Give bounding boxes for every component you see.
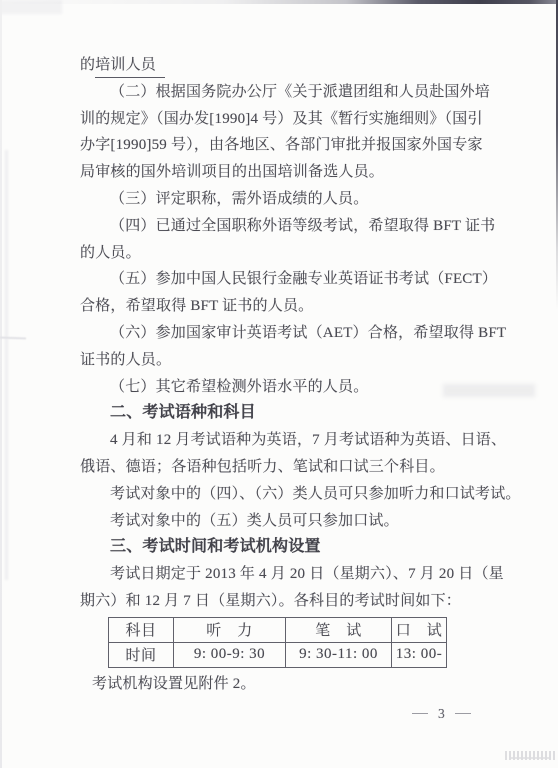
table-cell: 9: 00-9: 30 [174,642,286,667]
text-line: （六）参加国家审计英语考试（AET）合格，希望取得 BFT [80,320,534,347]
underlined-text: 培训人员 [95,53,165,78]
exam-schedule-table: 科目 听 力 笔 试 口 试 时间 9: 00-9: 30 9: 30-11: … [108,617,447,668]
table-header-row: 科目 听 力 笔 试 口 试 [109,617,447,642]
text-line: 期六）和 12 月 7 日（星期六）。各科目的考试时间如下： [80,588,534,615]
text-line: 局审核的国外培训项目的出国培训备选人员。 [80,159,534,186]
text-fragment: 的 [80,57,95,73]
text-line: 考试机构设置见附件 2。 [80,671,534,698]
text-line: 考试对象中的（四）、（六）类人员可只参加听力和口试考试。 [80,481,534,508]
text-line: 俄语、德语；各语种包括听力、笔试和口试三个科目。 [80,454,534,481]
text-line: （四）已通过全国职称外语等级考试，希望取得 BFT 证书 [80,213,534,240]
text-line: 考试对象中的（五）类人员可只参加口试。 [80,508,534,535]
text-line: 训的规定》（国办发[1990]4 号）及其《暂行实施细则》（国引 [80,106,534,133]
document-content: 的培训人员 （二）根据国务院办公厅《关于派遣团组和人员赴国外培训的规定》（国办发… [0,52,558,721]
watermark-artifact [505,751,555,760]
text-lines-container: （二）根据国务院办公厅《关于派遣团组和人员赴国外培训的规定》（国办发[1990]… [80,79,534,615]
section-heading: 三、考试时间和考试机构设置 [80,534,534,561]
page-number: 3 [412,707,534,721]
text-line: 办字[1990]59 号），由各地区、各部门审批并报国家外国专家 [80,132,534,159]
page-number-dash [412,713,428,714]
table-cell: 听 力 [174,617,286,642]
text-line: 的培训人员 [80,52,534,79]
table-cell: 科目 [109,617,174,642]
text-line: 合格，希望取得 BFT 证书的人员。 [80,293,534,320]
text-line: （三）评定职称，需外语成绩的人员。 [80,186,534,213]
text-line: 证书的人员。 [80,347,534,374]
text-line: （二）根据国务院办公厅《关于派遣团组和人员赴国外培 [80,79,534,106]
section-heading: 二、考试语种和科目 [80,400,534,427]
page-number-value: 3 [438,707,445,721]
text-line: 考试日期定于 2013 年 4 月 20 日（星期六）、7 月 20 日（星 [80,561,534,588]
scanned-document-page: 的培训人员 （二）根据国务院办公厅《关于派遣团组和人员赴国外培训的规定》（国办发… [0,0,558,768]
table-cell: 9: 30-11: 00 [286,642,392,667]
text-line: （七）其它希望检测外语水平的人员。 [80,374,534,401]
page-number-dash [455,713,471,714]
text-line: 4 月和 12 月考试语种为英语，7 月考试语种为英语、日语、 [80,427,534,454]
table-cell: 时间 [109,642,174,667]
table-row: 时间 9: 00-9: 30 9: 30-11: 00 13: 00- [109,642,447,667]
table-cell: 13: 00- [392,642,447,667]
table-cell: 口 试 [392,617,447,642]
text-line: 的人员。 [80,240,534,267]
table-cell: 笔 试 [286,617,392,642]
text-line: （五）参加中国人民银行金融专业英语证书考试（FECT） [80,266,534,293]
scan-top-edge-artifact [0,0,558,4]
